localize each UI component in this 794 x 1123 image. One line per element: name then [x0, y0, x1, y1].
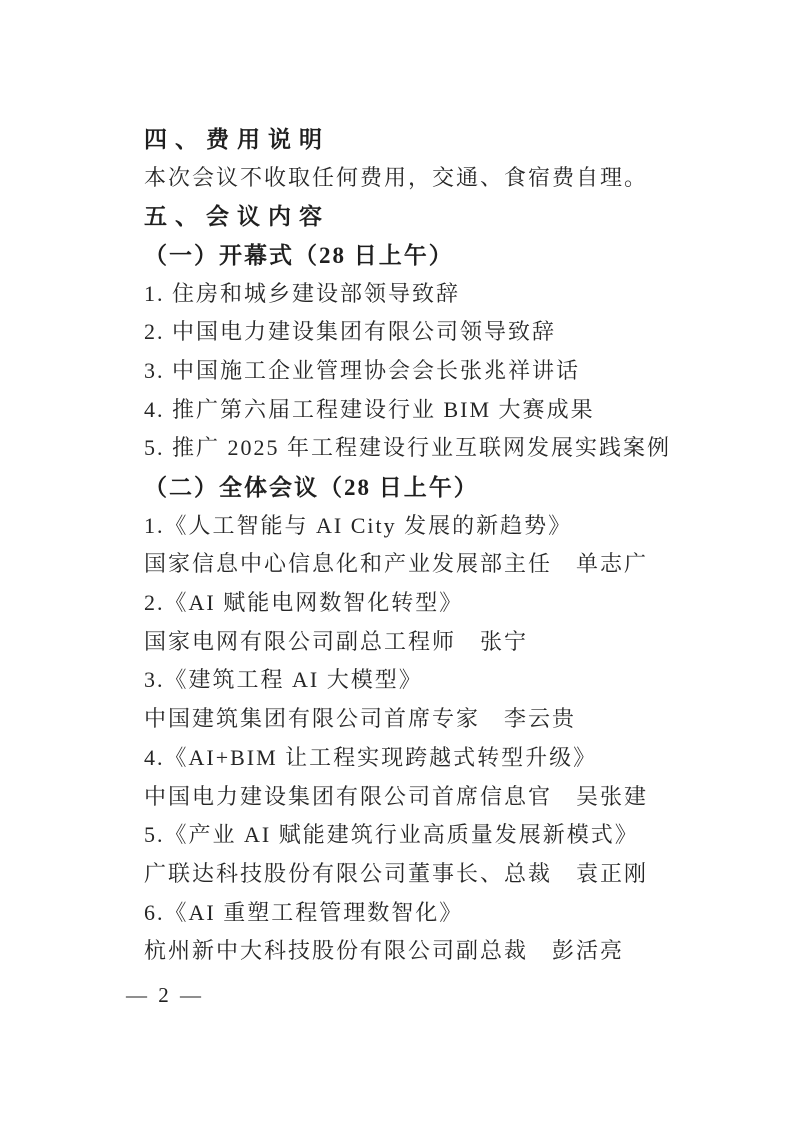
section-heading: 五、会议内容	[144, 195, 674, 234]
document-page: 四、费用说明本次会议不收取任何费用，交通、食宿费自理。五、会议内容（一）开幕式（…	[0, 0, 794, 1123]
speaker-line: 国家信息中心信息化和产业发展部主任 单志广	[144, 544, 674, 583]
speaker-line: 广联达科技股份有限公司董事长、总裁 袁正刚	[144, 853, 674, 892]
agenda-item: 3.《建筑工程 AI 大模型》	[144, 660, 674, 699]
agenda-item: 3. 中国施工企业管理协会会长张兆祥讲话	[144, 350, 674, 389]
agenda-item: 6.《AI 重塑工程管理数智化》	[144, 892, 674, 931]
section-heading: 四、费用说明	[144, 118, 674, 157]
subsection-heading: （一）开幕式（28 日上午）	[144, 234, 674, 273]
agenda-item: 2.《AI 赋能电网数智化转型》	[144, 582, 674, 621]
speaker-line: 中国建筑集团有限公司首席专家 李云贵	[144, 698, 674, 737]
agenda-item: 1. 住房和城乡建设部领导致辞	[144, 273, 674, 312]
agenda-item: 5.《产业 AI 赋能建筑行业高质量发展新模式》	[144, 814, 674, 853]
speaker-line: 杭州新中大科技股份有限公司副总裁 彭活亮	[144, 930, 674, 969]
paragraph: 本次会议不收取任何费用，交通、食宿费自理。	[144, 157, 674, 196]
agenda-item: 1.《人工智能与 AI City 发展的新趋势》	[144, 505, 674, 544]
subsection-heading: （二）全体会议（28 日上午）	[144, 466, 674, 505]
document-lines: 四、费用说明本次会议不收取任何费用，交通、食宿费自理。五、会议内容（一）开幕式（…	[144, 118, 674, 969]
speaker-line: 国家电网有限公司副总工程师 张宁	[144, 621, 674, 660]
agenda-item: 2. 中国电力建设集团有限公司领导致辞	[144, 311, 674, 350]
agenda-item: 4. 推广第六届工程建设行业 BIM 大赛成果	[144, 389, 674, 428]
speaker-line: 中国电力建设集团有限公司首席信息官 吴张建	[144, 776, 674, 815]
page-number: — 2 —	[126, 983, 204, 1008]
agenda-item: 4.《AI+BIM 让工程实现跨越式转型升级》	[144, 737, 674, 776]
agenda-item: 5. 推广 2025 年工程建设行业互联网发展实践案例	[144, 428, 674, 467]
